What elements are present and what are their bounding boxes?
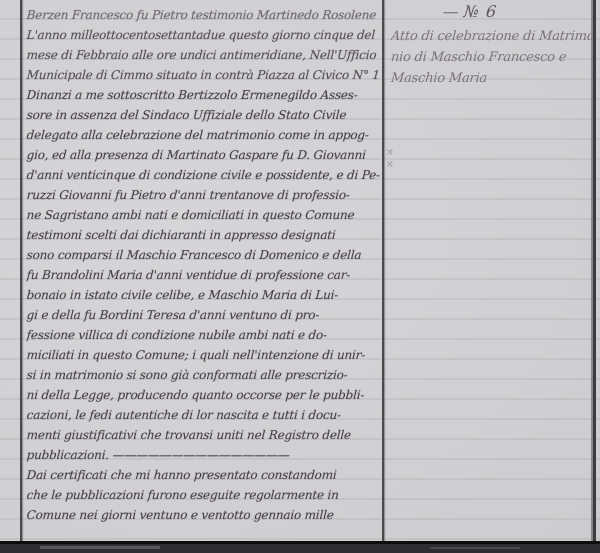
manuscript-line: bonaio in istato civile celibe, e Maschi… [26, 285, 380, 305]
column-divider-rule [382, 0, 384, 544]
stray-ink-mark: ⤯ [386, 160, 394, 170]
manuscript-line: Comune nei giorni ventuno e ventotto gen… [26, 505, 380, 525]
manuscript-line: Municipale di Cimmo situato in contrà Pi… [26, 65, 380, 85]
manuscript-line: che le pubblicazioni furono eseguite reg… [26, 485, 380, 505]
margin-annotation-text: Atto di celebrazione di Matrimo-nio di M… [390, 26, 590, 89]
margin-annotation-line: nio di Maschio Francesco e [390, 47, 592, 68]
manuscript-line: ni della Legge, producendo quanto occors… [26, 385, 380, 405]
manuscript-line: Berzen Francesco fu Pietro testimonio Ma… [26, 5, 380, 25]
manuscript-line: gio, ed alla presenza di Martinato Gaspa… [26, 145, 380, 165]
manuscript-line: fu Brandolini Maria d'anni ventidue di p… [26, 265, 380, 285]
main-manuscript-column: Berzen Francesco fu Pietro testimonio Ma… [26, 5, 380, 535]
manuscript-line: testimoni scelti dai dichiaranti in appr… [26, 225, 380, 245]
manuscript-line: pubblicazioni. ——————————————— [26, 445, 380, 465]
manuscript-line: Dai certificati che mi hanno presentato … [26, 465, 380, 485]
margin-annotation-line: Maschio Maria [390, 68, 592, 89]
bottom-scan-edge [0, 541, 600, 553]
manuscript-line: gi e della fu Bordini Teresa d'anni vent… [26, 305, 380, 325]
manuscript-line: miciliati in questo Comune; i quali nell… [26, 345, 380, 365]
manuscript-line: delegato alla celebrazione del matrimoni… [26, 125, 380, 145]
manuscript-line: si in matrimonio si sono già conformati … [26, 365, 380, 385]
record-number-dash: — [442, 2, 461, 21]
manuscript-line: d'anni venticinque di condizione civile … [26, 165, 380, 185]
manuscript-line: sono comparsi il Maschio Francesco di Do… [26, 245, 380, 265]
manuscript-line: cazioni, le fedi autentiche di lor nasci… [26, 405, 380, 425]
scan-edge-highlight [40, 546, 160, 549]
manuscript-line: ne Sagristano ambi nati e domiciliati in… [26, 205, 380, 225]
margin-annotation-line: Atto di celebrazione di Matrimo- [390, 26, 592, 47]
margin-annotation-column: —№ 6 Atto di celebrazione di Matrimo-nio… [388, 0, 592, 544]
manuscript-line: fessione villica di condizione nubile am… [26, 325, 380, 345]
record-number-value: № 6 [463, 2, 498, 21]
record-number: —№ 6 [409, 2, 531, 21]
scan-edge-highlight [430, 547, 520, 549]
manuscript-line: sore in assenza del Sindaco Uffiziale de… [26, 105, 380, 125]
manuscript-line: Dinanzi a me sottoscritto Bertizzolo Erm… [26, 85, 380, 105]
manuscript-line: ruzzi Giovanni fu Pietro d'anni trentano… [26, 185, 380, 205]
stray-ink-mark: ⤯ [386, 148, 394, 158]
manuscript-line: menti giustificativi che trovansi uniti … [26, 425, 380, 445]
right-edge-rule [593, 0, 596, 544]
manuscript-line: mese di Febbraio alle ore undici antimer… [26, 45, 380, 65]
register-scan-page: Berzen Francesco fu Pietro testimonio Ma… [0, 0, 600, 553]
manuscript-line: L'anno milleottocentosettantadue questo … [26, 25, 380, 45]
left-margin-rule [20, 0, 22, 544]
